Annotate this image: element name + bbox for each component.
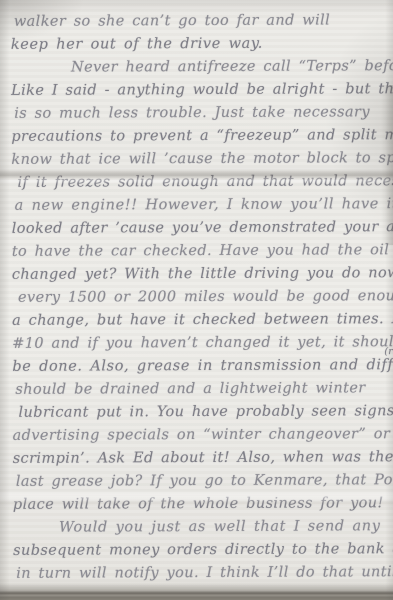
handwriting-line: in turn will notify you. I think I’ll do… [13, 561, 388, 586]
handwriting-line: Like I said - anything would be alright … [11, 78, 386, 103]
handwriting-line: last grease job? If you go to Kenmare, t… [13, 469, 388, 494]
handwriting-line: looked after ’cause you’ve demonstrated … [12, 216, 387, 241]
annotated-word-text: differential [366, 357, 393, 373]
handwriting-line: #10 and if you haven’t changed it yet, i… [12, 331, 387, 356]
handwriting-line: is so much less trouble. Just take neces… [11, 101, 386, 126]
handwriting-line: to have the car checked. Have you had th… [12, 239, 387, 264]
handwriting-line: Never heard antifreeze call “Terps” befo… [11, 55, 386, 80]
handwriting-line: should be drained and a lightweight wint… [12, 377, 387, 402]
line-text-before-insertion: be done. Also, grease in transmission an… [12, 357, 366, 375]
handwriting-line: Would you just as well that I send any [13, 515, 388, 540]
handwriting-line: every 1500 or 2000 miles would be good e… [12, 285, 387, 310]
handwriting-line-with-insertion: be done. Also, grease in transmission an… [12, 354, 387, 379]
handwriting-line: subsequent money orders directly to the … [13, 538, 388, 563]
handwriting-line: if it freezes solid enough and that woul… [11, 170, 386, 195]
handwriting-line: walker so she can’t go too far and will [11, 9, 386, 34]
handwriting-line: scrimpin’. Ask Ed about it! Also, when w… [13, 446, 388, 471]
annotated-word: (rear)differential [366, 357, 393, 373]
handwriting-line: a change, but have it checked between ti… [12, 308, 387, 333]
handwriting-line: precautions to prevent a “freezeup” and … [11, 124, 386, 149]
handwriting-line: keep her out of the drive way. [11, 32, 386, 57]
handwriting-line: know that ice will ’cause the motor bloc… [11, 147, 386, 172]
letter-body: walker so she can’t go too far and will … [11, 9, 389, 586]
handwriting-line: changed yet? With the little driving you… [12, 262, 387, 287]
handwriting-line: place will take of the whole business fo… [13, 492, 388, 517]
handwriting-line: lubricant put in. You have probably seen… [12, 400, 387, 425]
handwriting-line: a new engine!! However, I know you’ll ha… [12, 193, 387, 218]
inserted-word-annotation: (rear) [384, 347, 393, 357]
handwriting-line: advertising specials on “winter changeov… [13, 423, 388, 448]
scanned-letter-page: walker so she can’t go too far and will … [0, 0, 393, 600]
